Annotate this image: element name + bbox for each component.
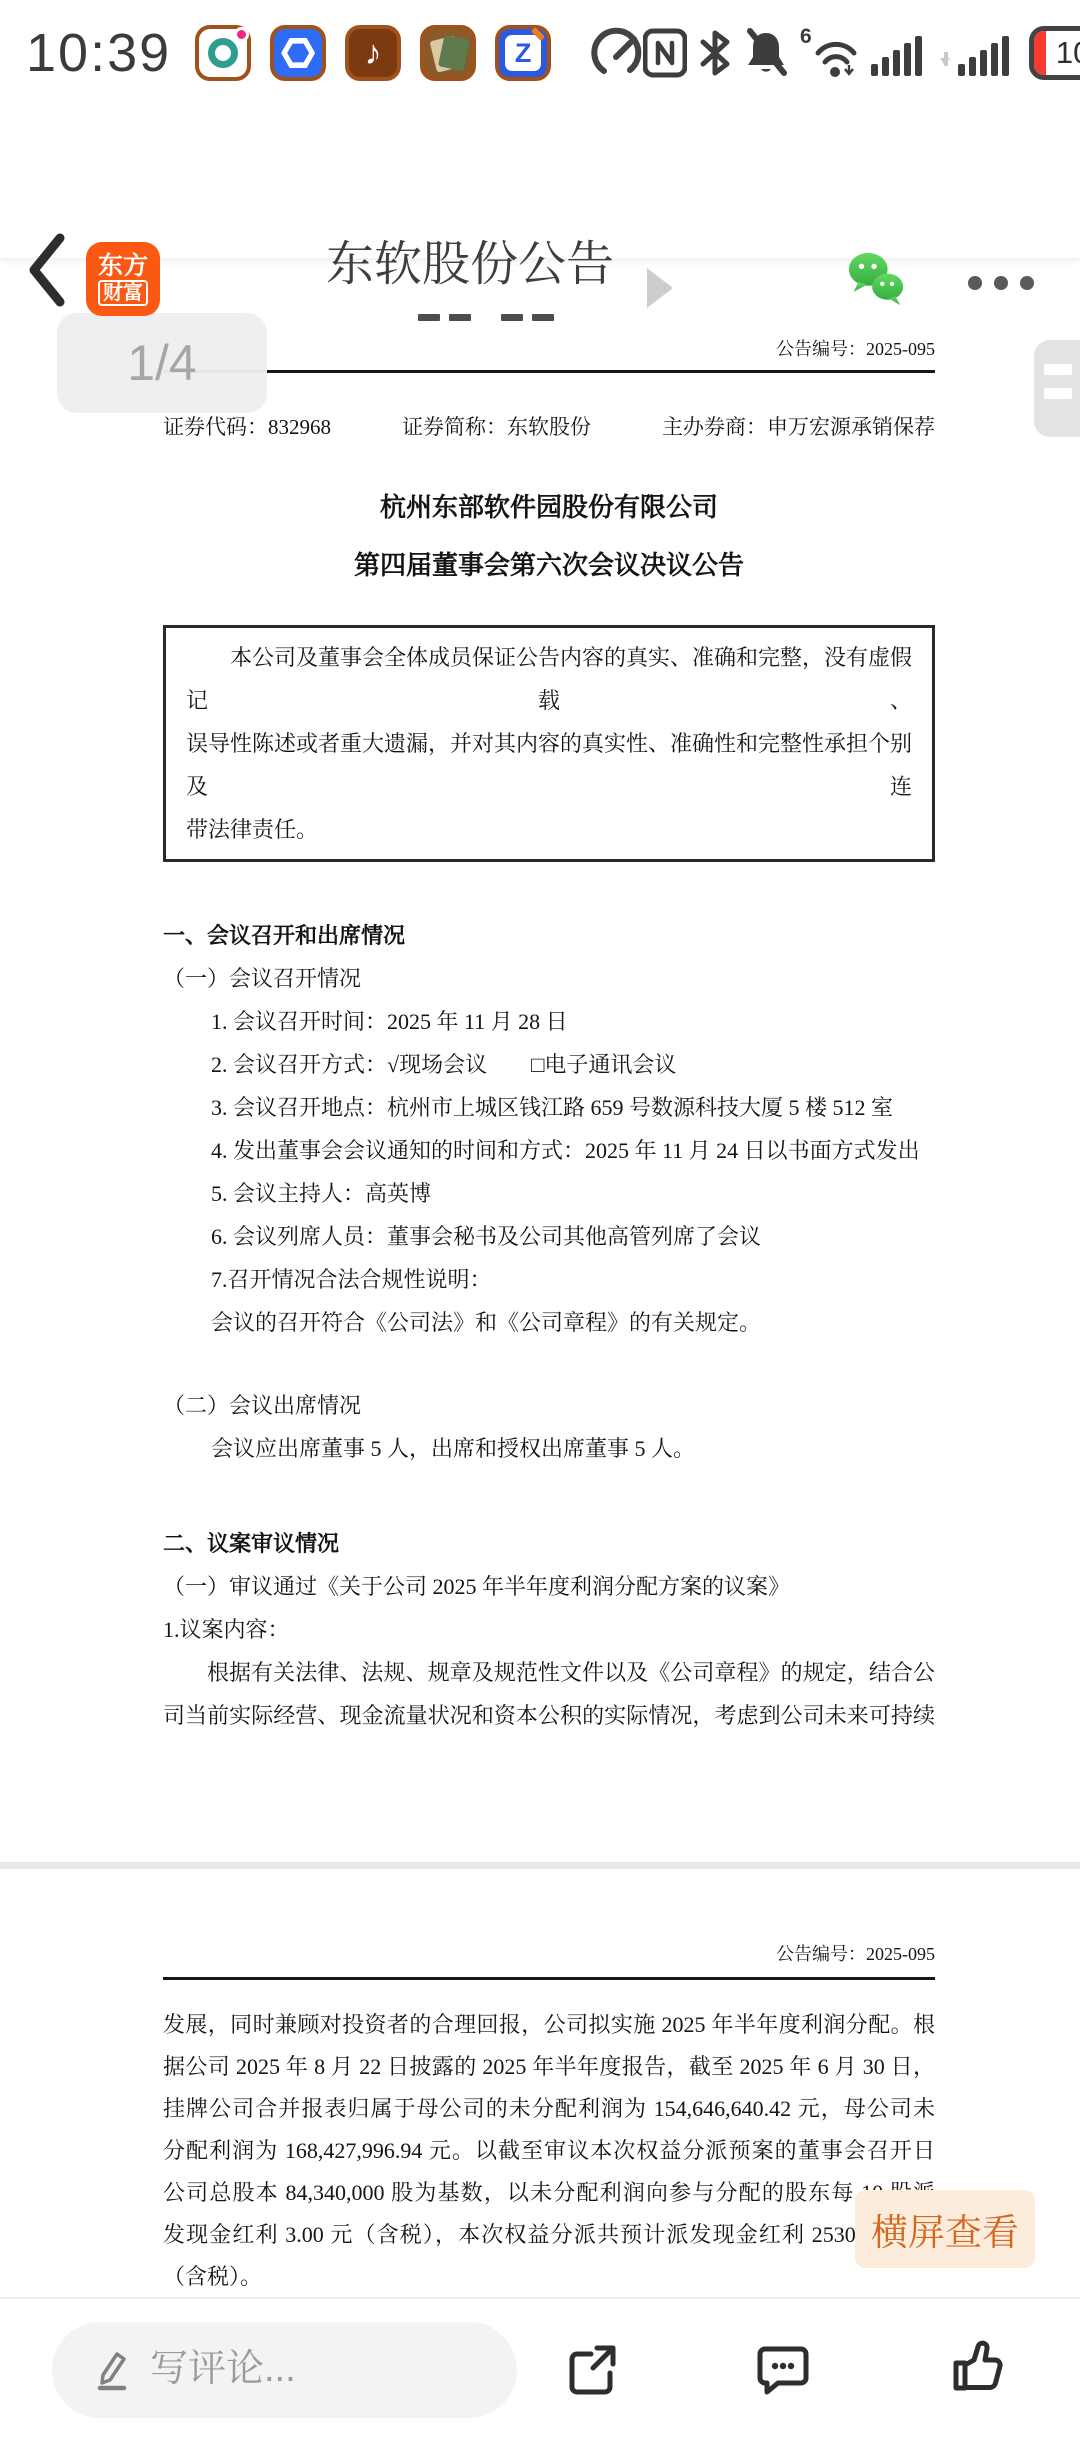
- music-note-icon: ♪: [365, 34, 382, 73]
- handle-bar-icon: [1044, 388, 1072, 399]
- list-item: 7.召开情况合法合规性说明：: [163, 1258, 935, 1301]
- dash: [532, 314, 554, 321]
- dash: [418, 314, 440, 321]
- signal-bars-icon: [871, 28, 925, 78]
- hexagon-icon: [281, 37, 315, 69]
- clock: 10:39: [26, 22, 171, 84]
- dot-icon: [1020, 276, 1034, 290]
- wechat-share-button[interactable]: [845, 246, 907, 315]
- list-item: 5. 会议主持人：高英博: [163, 1172, 935, 1215]
- title-subtitle-dashes: [418, 314, 554, 321]
- list-item: 1.议案内容：: [163, 1608, 935, 1651]
- disclaimer-box: 本公司及董事会全体成员保证公告内容的真实、准确和完整，没有虚假记载、 误导性陈述…: [163, 625, 935, 862]
- notification-app-icon-3: ♪: [345, 25, 401, 81]
- list-item: 会议的召开符合《公司法》和《公司章程》的有关规定。: [163, 1301, 935, 1344]
- notification-app-icon-1: [195, 25, 251, 81]
- paragraph-line: 分配利润为 168,427,996.94 元。以截至审议本次权益分派预案的董事会…: [163, 2130, 935, 2172]
- subsection-heading: （一）审议通过《关于公司 2025 年半年度利润分配方案的议案》: [163, 1565, 935, 1608]
- play-audio-button[interactable]: [647, 268, 673, 308]
- svg-text:6: 6: [800, 26, 812, 48]
- thumbs-up-icon: [944, 2339, 1006, 2401]
- list-item: 2. 会议召开方式：√现场会议 □电子通讯会议: [163, 1043, 935, 1086]
- announcement-title: 第四届董事会第六次会议决议公告: [163, 549, 935, 583]
- header-rule: [163, 370, 935, 373]
- chevron-left-icon: [24, 230, 68, 310]
- dash: [501, 314, 523, 321]
- bottom-toolbar: [0, 2297, 1080, 2440]
- header-rule: [163, 1977, 935, 1980]
- status-icons: 6: [643, 26, 1080, 80]
- battery-percent: 10: [1056, 35, 1080, 71]
- section-heading: 一、会议召开和出席情况: [163, 914, 935, 957]
- wechat-icon: [845, 246, 907, 310]
- paragraph-line: 发展，同时兼顾对投资者的合理回报，公司拟实施 2025 年半年度利润分配。根: [163, 2004, 935, 2046]
- unread-dot: [234, 27, 249, 42]
- list-item: 3. 会议召开地点：杭州市上城区钱江路 659 号数源科技大厦 5 楼 512 …: [163, 1086, 935, 1129]
- dash: [449, 314, 471, 321]
- list-item: 4. 发出董事会会议通知的时间和方式：2025 年 11 月 24 日以书面方式…: [163, 1129, 935, 1172]
- data-saver-icon: [589, 26, 643, 80]
- handle-bar-icon: [1044, 364, 1072, 375]
- signal-bars-2-icon: [936, 28, 1012, 78]
- page-title: 东软股份公告: [240, 225, 700, 294]
- sponsor: 主办券商：申万宏源承销保荐: [662, 411, 935, 441]
- comment-bubble-icon: [752, 2339, 814, 2401]
- page-separator: [0, 1862, 1080, 1869]
- comment-input-pill[interactable]: [52, 2322, 517, 2418]
- scroll-handle[interactable]: [1034, 340, 1080, 437]
- status-bar: 10:39 ♪ Z: [0, 0, 1080, 90]
- paragraph-line: 公司总股本 84,340,000 股为基数，以未分配利润向参与分配的股东每 10…: [163, 2172, 935, 2214]
- battery-indicator: 10: [1029, 26, 1080, 80]
- nfc-icon: [643, 27, 687, 79]
- teal-ring-icon: [208, 38, 238, 68]
- bluetooth-icon: [698, 27, 732, 79]
- notification-app-icons: ♪ Z: [195, 25, 551, 81]
- paragraph-line: 司当前实际经营、现金流量状况和资本公积的实际情况，考虑到公司未来可持续: [163, 1694, 935, 1737]
- paragraph-line: 根据有关法律、法规、规章及规范性文件以及《公司章程》的规定，结合公: [163, 1651, 935, 1694]
- bell-muted-icon: [743, 27, 789, 79]
- section-heading: 二、议案审议情况: [163, 1522, 935, 1565]
- page-indicator: 1/4: [57, 313, 267, 413]
- dot-icon: [994, 276, 1008, 290]
- paragraph-line: 据公司 2025 年 8 月 22 日披露的 2025 年半年度报告，截至 20…: [163, 2046, 935, 2088]
- disclaimer-line: 误导性陈述或者重大遗漏，并对其内容的真实性、准确性和完整性承担个别及连: [186, 722, 912, 808]
- stock-info-row: 证券代码：832968 证券简称：东软股份 主办券商：申万宏源承销保荐: [163, 411, 935, 441]
- more-menu-button[interactable]: [968, 276, 1034, 290]
- paragraph-line: 发现金红利 3.00 元（含税），本次权益分派共预计派发现金红利 2530.20…: [163, 2214, 935, 2256]
- wifi6-icon: 6: [800, 26, 860, 80]
- comments-button[interactable]: [752, 2339, 814, 2401]
- list-item: 1. 会议召开时间：2025 年 11 月 28 日: [163, 1000, 935, 1043]
- comment-input[interactable]: [150, 2348, 400, 2391]
- landscape-view-button[interactable]: 横屏查看: [855, 2190, 1035, 2268]
- eastmoney-logo[interactable]: 东方 财富: [86, 242, 160, 316]
- logo-text-top: 东方: [98, 253, 148, 280]
- notification-app-icon-4: [420, 25, 476, 81]
- stock-code: 证券代码：832968: [163, 411, 331, 441]
- share-button[interactable]: [560, 2339, 622, 2401]
- like-button[interactable]: [944, 2339, 1006, 2401]
- back-button[interactable]: [24, 230, 68, 315]
- app-header: 东方 财富 东软股份公告: [0, 90, 1080, 258]
- subsection-heading: （一）会议召开情况: [163, 957, 935, 1000]
- company-name-title: 杭州东部软件园股份有限公司: [163, 491, 935, 525]
- share-icon: [560, 2339, 622, 2401]
- paragraph-line: 会议应出席董事 5 人，出席和授权出席董事 5 人。: [163, 1427, 935, 1470]
- subsection-heading: （二）会议出席情况: [163, 1384, 935, 1427]
- notice-number: 公告编号：2025-095: [163, 1941, 935, 1967]
- battery-low-fill: [1034, 31, 1046, 75]
- paragraph-line: （含税）。: [163, 2256, 935, 2297]
- stock-name: 证券简称：东软股份: [402, 411, 591, 441]
- notification-app-icon-5: Z: [495, 25, 551, 81]
- dot-icon: [968, 276, 982, 290]
- screen: 10:39 ♪ Z: [0, 0, 1080, 2440]
- notice-number: 公告编号：2025-095: [163, 336, 935, 362]
- notification-app-icon-2: [270, 25, 326, 81]
- disclaimer-line: 本公司及董事会全体成员保证公告内容的真实、准确和完整，没有虚假记载、: [186, 636, 912, 722]
- z-app-icon: Z: [505, 35, 541, 71]
- pencil-icon: [88, 2347, 134, 2393]
- card-icon: [438, 35, 470, 72]
- paragraph-line: 挂牌公司合并报表归属于母公司的未分配利润为 154,646,640.42 元，母…: [163, 2088, 935, 2130]
- disclaimer-line: 带法律责任。: [186, 808, 912, 851]
- pdf-document[interactable]: 公告编号：2025-095 证券代码：832968 证券简称：东软股份 主办券商…: [0, 258, 1080, 2297]
- logo-text-bottom: 财富: [98, 280, 148, 306]
- list-item: 6. 会议列席人员：董事会秘书及公司其他高管列席了会议: [163, 1215, 935, 1258]
